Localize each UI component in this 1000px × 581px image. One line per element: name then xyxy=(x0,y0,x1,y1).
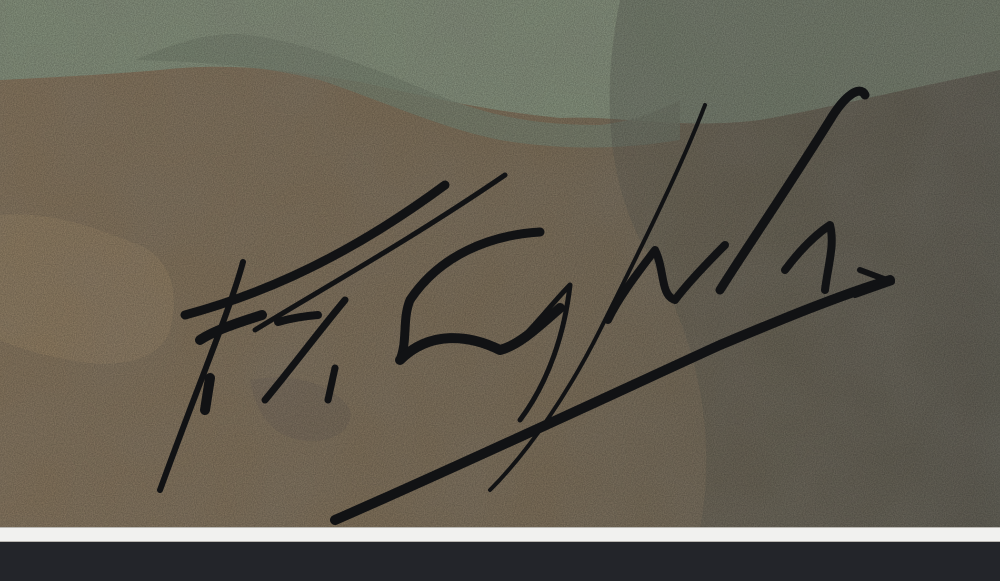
painted-surface xyxy=(0,0,1000,528)
black-frame-edge xyxy=(0,542,1000,581)
photo-scene: F. F. English xyxy=(0,0,1000,581)
white-mat-border xyxy=(0,527,1000,542)
